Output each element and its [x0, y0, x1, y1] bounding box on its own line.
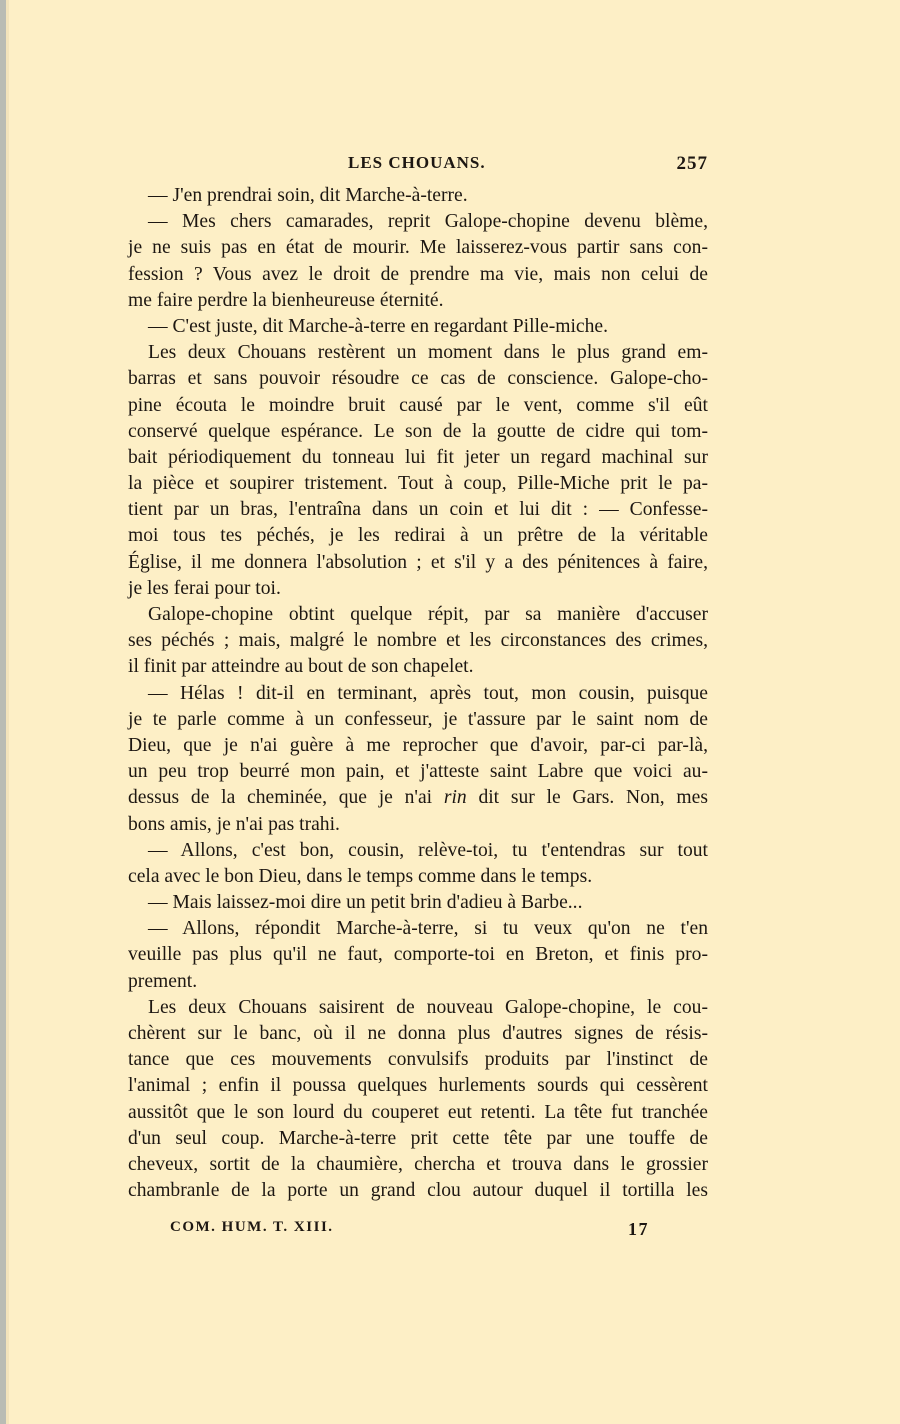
gathering-number: 17 [628, 1219, 649, 1240]
text-line: dessus de la cheminée, que je n'ai rin d… [128, 785, 708, 811]
text-line: Les deux Chouans restèrent un moment dan… [128, 340, 708, 366]
text-line: veuille pas plus qu'il ne faut, comporte… [128, 942, 708, 968]
text-line: aussitôt que le son lourd du couperet eu… [128, 1100, 708, 1126]
text-line: un peu trop beurré mon pain, et j'attest… [128, 759, 708, 785]
text-line: — C'est juste, dit Marche-à-terre en reg… [128, 314, 708, 340]
text-line: — Mes chers camarades, reprit Galope-cho… [128, 209, 708, 235]
text-line: cela avec le bon Dieu, dans le temps com… [128, 864, 708, 890]
text-line: tient par un bras, l'entraîna dans un co… [128, 497, 708, 523]
text-line: — Allons, c'est bon, cousin, relève-toi,… [128, 838, 708, 864]
italic-dialect-word: rin [444, 787, 467, 808]
text-line: fession ? Vous avez le droit de prendre … [128, 262, 708, 288]
text-line: pine écouta le moindre bruit causé par l… [128, 393, 708, 419]
footer-signature: COM. HUM. T. XIII. 17 [128, 1219, 708, 1241]
text-line: me faire perdre la bienheureuse éternité… [128, 288, 708, 314]
text-fragment: dit sur le Gars. Non, mes [467, 787, 708, 808]
page-number: 257 [677, 153, 709, 175]
text-line: — Mais laissez-moi dire un petit brin d'… [128, 890, 708, 916]
text-line: Galope-chopine obtint quelque répit, par… [128, 602, 708, 628]
running-head: LES CHOUANS. 257 [128, 153, 708, 177]
text-line: Dieu, que je n'ai guère à me reprocher q… [128, 733, 708, 759]
text-line: Les deux Chouans saisirent de nouveau Ga… [128, 995, 708, 1021]
text-line: chambranle de la porte un grand clou aut… [128, 1178, 708, 1204]
text-line: — Hélas ! dit-il en terminant, après tou… [128, 681, 708, 707]
text-fragment: dessus de la cheminée, que je n'ai [128, 787, 444, 808]
text-line: — J'en prendrai soin, dit Marche-à-terre… [128, 183, 708, 209]
text-line: l'animal ; enfin il poussa quelques hurl… [128, 1073, 708, 1099]
text-line: ses péchés ; mais, malgré le nombre et l… [128, 628, 708, 654]
text-line: tance que ces mouvements convulsifs prod… [128, 1047, 708, 1073]
text-line: barras et sans pouvoir résoudre ce cas d… [128, 366, 708, 392]
text-line: je les ferai pour toi. [128, 576, 708, 602]
text-line: bons amis, je n'ai pas trahi. [128, 812, 708, 838]
text-line: bait périodiquement du tonneau lui fit j… [128, 445, 708, 471]
text-line: d'un seul coup. Marche-à-terre prit cett… [128, 1126, 708, 1152]
text-line: prement. [128, 969, 708, 995]
volume-signature: COM. HUM. T. XIII. [170, 1219, 334, 1236]
text-line: chèrent sur le banc, où il ne donna plus… [128, 1021, 708, 1047]
text-line: Église, il me donnera l'absolution ; et … [128, 550, 708, 576]
body-text: — J'en prendrai soin, dit Marche-à-terre… [128, 183, 708, 1204]
text-line: cheveux, sortit de la chaumière, chercha… [128, 1152, 708, 1178]
text-line: moi tous tes péchés, je les redirai à un… [128, 523, 708, 549]
book-page: LES CHOUANS. 257 — J'en prendrai soin, d… [0, 0, 900, 1424]
text-line: je ne suis pas en état de mourir. Me lai… [128, 235, 708, 261]
text-line: il finit par atteindre au bout de son ch… [128, 654, 708, 680]
text-line: la pièce et soupirer tristement. Tout à … [128, 471, 708, 497]
running-head-title: LES CHOUANS. [348, 153, 486, 173]
text-line: — Allons, répondit Marche-à-terre, si tu… [128, 916, 708, 942]
text-line: conservé quelque espérance. Le son de la… [128, 419, 708, 445]
text-line: je te parle comme à un confesseur, je t'… [128, 707, 708, 733]
